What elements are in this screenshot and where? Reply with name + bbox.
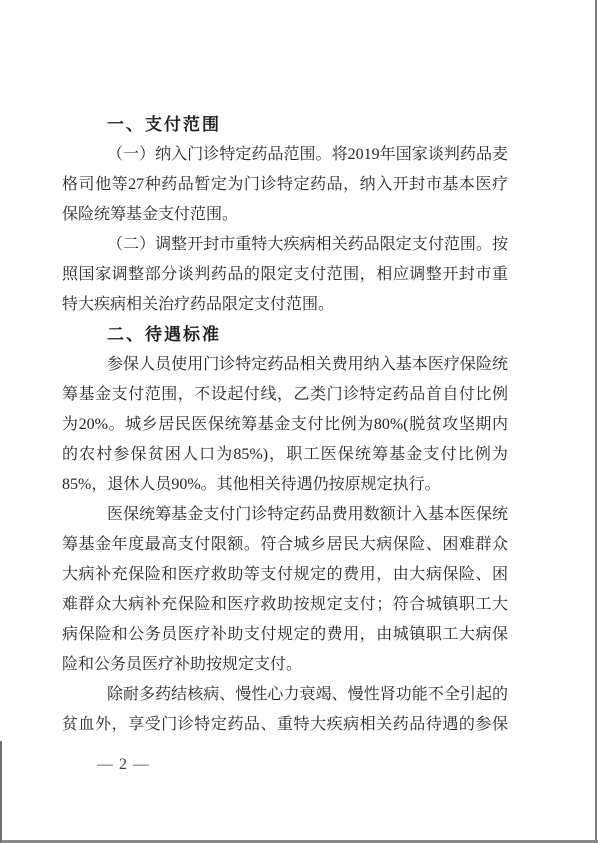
section-heading-payment-scope: 一、支付范围 [62,110,508,140]
scan-edge-left-bottom [0,741,2,843]
paragraph-major-disease-scope-adjust: （二）调整开封市重特大疾病相关药品限定支付范围。按照国家调整部分谈判药品的限定支… [62,230,508,320]
scan-edge-right [595,0,597,843]
paragraph-outpatient-drug-scope: （一）纳入门诊特定药品范围。将2019年国家谈判药品麦格司他等27种药品暂定为门… [62,140,508,230]
paragraph-exceptions-continued: 除耐多药结核病、慢性心力衰竭、慢性肾功能不全引起的贫血外，享受门诊特定药品、重特… [62,680,508,740]
document-body: 一、支付范围 （一）纳入门诊特定药品范围。将2019年国家谈判药品麦格司他等27… [62,110,508,740]
paragraph-fund-payment-limits: 医保统筹基金支付门诊特定药品费用数额计入基本医保统筹基金年度最高支付限额。符合城… [62,500,508,680]
section-heading-benefit-standard: 二、待遇标准 [62,320,508,350]
paragraph-benefit-ratios: 参保人员使用门诊特定药品相关费用纳入基本医疗保险统筹基金支付范围，不设起付线，乙… [62,350,508,500]
page-number: — 2 — [97,753,150,777]
